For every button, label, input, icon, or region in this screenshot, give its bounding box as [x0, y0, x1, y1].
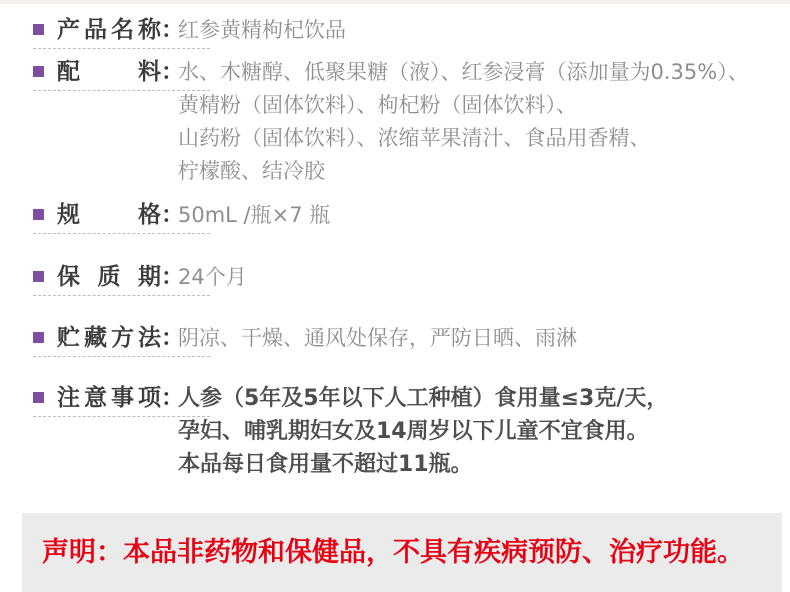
label-colon: ：	[161, 385, 184, 411]
top-divider	[0, 0, 790, 4]
spec-label-box: 注意事项：	[33, 382, 210, 417]
spec-row-ingredients: 配料： 水、木糖醇、低聚果糖（液）、红参浸膏（添加量为0.35%）、 黄精粉（固…	[33, 56, 780, 188]
spec-value-line: 水、木糖醇、低聚果糖（液）、红参浸膏（添加量为0.35%）、	[178, 56, 780, 89]
square-bullet-icon	[33, 271, 44, 282]
spec-value-line: 山药粉（固体饮料）、浓缩苹果清汁、食品用香精、	[178, 122, 780, 155]
spec-value-line: 24个月	[178, 261, 780, 294]
spec-row-specification: 规格： 50mL /瓶×7 瓶	[33, 199, 780, 232]
spec-label-text: 规格	[57, 199, 161, 231]
spec-row-precautions: 注意事项： 人参（5年及5年以下人工种植）食用量≤3克/天， 孕妇、哺乳期妇女及…	[33, 382, 780, 481]
spec-label: 规格：	[57, 199, 184, 231]
declaration-text: 声明：本品非药物和保健品，不具有疾病预防、治疗功能。	[42, 537, 744, 568]
square-bullet-icon	[33, 24, 44, 35]
square-bullet-icon	[33, 392, 44, 403]
spec-label: 保质期：	[57, 261, 184, 293]
spec-value-line: 红参黄精枸杞饮品	[178, 14, 780, 47]
label-colon: ：	[161, 264, 184, 290]
spec-value-line: 孕妇、哺乳期妇女及14周岁以下儿童不宜食用。	[178, 415, 780, 448]
spec-value-line: 本品每日食用量不超过11瓶。	[178, 448, 780, 481]
spec-value: 24个月	[178, 261, 780, 294]
spec-label-text: 注意事项	[57, 382, 161, 414]
label-colon: ：	[161, 325, 184, 351]
spec-label: 配料：	[57, 56, 184, 88]
spec-label-text: 保质期	[57, 261, 161, 293]
spec-label-text: 贮藏方法	[57, 322, 161, 354]
spec-value-line: 阴凉、干燥、通风处保存，严防日晒、雨淋	[178, 322, 780, 355]
spec-label-text: 产品名称	[57, 14, 161, 46]
spec-value: 人参（5年及5年以下人工种植）食用量≤3克/天， 孕妇、哺乳期妇女及14周岁以下…	[178, 382, 780, 481]
spec-label-box: 保质期：	[33, 261, 210, 296]
spec-label-text: 配料	[57, 56, 161, 88]
spec-value-line: 50mL /瓶×7 瓶	[178, 199, 780, 232]
spec-value-line: 柠檬酸、结冷胶	[178, 155, 780, 188]
spec-value-line: 人参（5年及5年以下人工种植）食用量≤3克/天，	[178, 382, 780, 415]
spec-value: 阴凉、干燥、通风处保存，严防日晒、雨淋	[178, 322, 780, 355]
square-bullet-icon	[33, 66, 44, 77]
product-info-panel: 产品名称： 红参黄精枸杞饮品 配料： 水、木糖醇、低聚果糖（液）、红参浸膏（添加…	[0, 0, 790, 592]
spec-row-shelf-life: 保质期： 24个月	[33, 261, 780, 294]
square-bullet-icon	[33, 209, 44, 220]
declaration-box: 声明：本品非药物和保健品，不具有疾病预防、治疗功能。	[22, 513, 782, 592]
spec-value-line: 黄精粉（固体饮料）、枸杞粉（固体饮料）、	[178, 89, 780, 122]
spec-row-product-name: 产品名称： 红参黄精枸杞饮品	[33, 14, 780, 47]
spec-label-box: 配料：	[33, 56, 210, 91]
spec-label: 贮藏方法：	[57, 322, 184, 354]
spec-label-box: 产品名称：	[33, 14, 210, 49]
spec-row-storage-method: 贮藏方法： 阴凉、干燥、通风处保存，严防日晒、雨淋	[33, 322, 780, 355]
spec-value: 水、木糖醇、低聚果糖（液）、红参浸膏（添加量为0.35%）、 黄精粉（固体饮料）…	[178, 56, 780, 188]
label-colon: ：	[161, 202, 184, 228]
label-colon: ：	[161, 17, 184, 43]
spec-label: 产品名称：	[57, 14, 184, 46]
spec-label-box: 贮藏方法：	[33, 322, 210, 357]
spec-value: 红参黄精枸杞饮品	[178, 14, 780, 47]
square-bullet-icon	[33, 332, 44, 343]
spec-value: 50mL /瓶×7 瓶	[178, 199, 780, 232]
label-colon: ：	[161, 59, 184, 85]
spec-label-box: 规格：	[33, 199, 210, 234]
spec-label: 注意事项：	[57, 382, 184, 414]
